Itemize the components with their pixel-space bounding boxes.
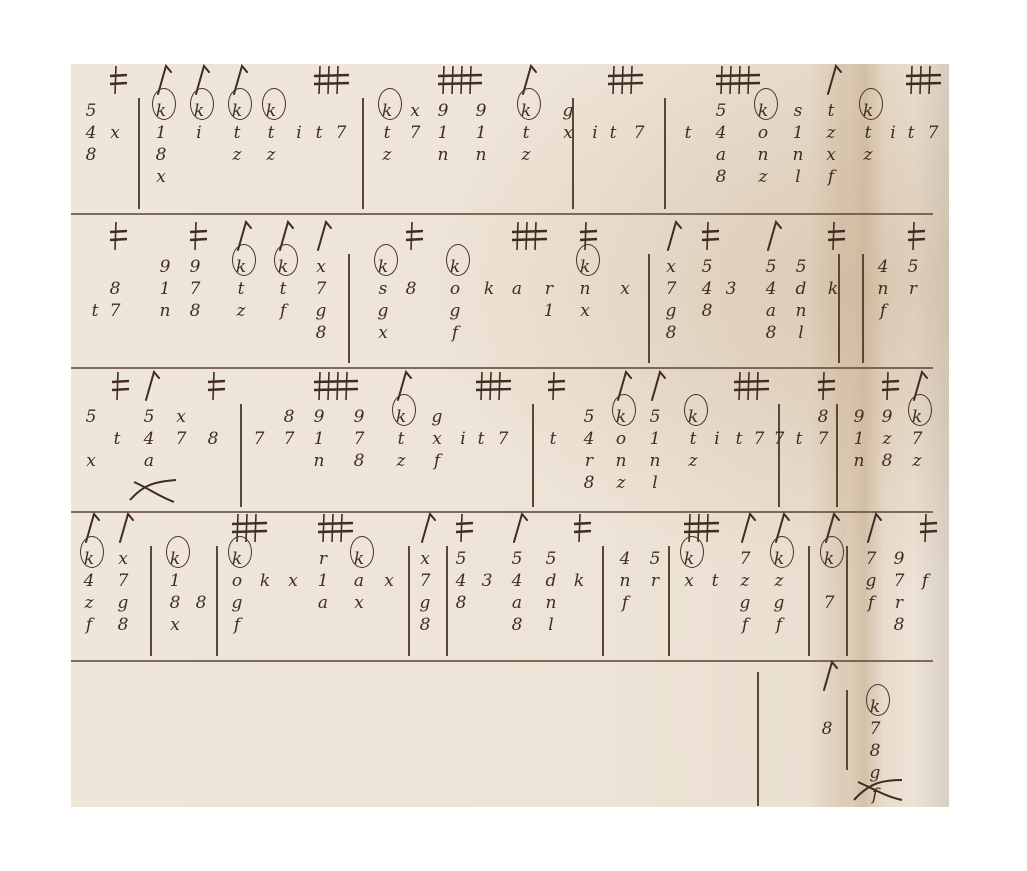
systems.3.columns-glyph: 9 [888, 550, 910, 569]
systems.0.columns-glyph: x [557, 124, 579, 143]
systems.3.columns-glyph: f [734, 616, 756, 635]
systems.3.columns-glyph: 8 [888, 616, 910, 635]
systems.0.columns-glyph: 9 [432, 102, 454, 121]
coda-bar-line [757, 672, 759, 806]
systems.2.columns-glyph: 5 [138, 408, 160, 427]
systems.1.columns-glyph: 8 [310, 324, 332, 343]
bar-line [836, 404, 838, 507]
systems.3.columns-glyph: 8 [450, 594, 472, 613]
systems.0.columns-glyph: t [226, 124, 248, 143]
systems.0.columns-glyph: 4 [80, 124, 102, 143]
rhythm-flag-icon [510, 510, 528, 544]
bar-line [216, 546, 218, 656]
systems.0.columns-glyph: 4 [710, 124, 732, 143]
systems.1.columns-glyph: g [310, 302, 332, 321]
coda.columns-glyph: 8 [864, 742, 886, 761]
systems.2.columns-glyph: n [308, 452, 330, 471]
ornament-circle-icon [274, 244, 298, 276]
rhythm-grid-icon [904, 62, 943, 96]
systems.1.columns-glyph: 4 [760, 280, 782, 299]
systems.2.columns-glyph: t [728, 430, 750, 449]
systems.3.columns-glyph: r [312, 550, 334, 569]
bar-line [348, 254, 350, 363]
rhythm-grid-icon [312, 368, 360, 402]
systems.0.columns-glyph: i [188, 124, 210, 143]
systems.3.columns-glyph: g [112, 594, 134, 613]
systems.1.columns-glyph: 8 [660, 324, 682, 343]
systems.3.columns-glyph: 8 [112, 616, 134, 635]
systems.1.columns-glyph: 8 [104, 280, 126, 299]
ornament-circle-icon [228, 536, 252, 568]
systems.1.columns-glyph: n [154, 302, 176, 321]
systems.1.columns-glyph: x [372, 324, 394, 343]
coda.columns-glyph: 8 [816, 720, 838, 739]
ornament-circle-icon [374, 244, 398, 276]
bar-line [532, 404, 534, 507]
systems.3.columns-glyph: 7 [818, 594, 840, 613]
systems.2.columns-glyph: 1 [848, 430, 870, 449]
systems.1.columns-glyph: 8 [696, 302, 718, 321]
systems.3.columns-glyph: g [768, 594, 790, 613]
systems.0.columns-glyph: n [787, 146, 809, 165]
systems.2.columns-glyph: 5 [644, 408, 666, 427]
rhythm-grid-icon [436, 62, 484, 96]
systems.3.columns-glyph: f [614, 594, 636, 613]
systems.2.columns-glyph: z [682, 452, 704, 471]
systems.3.columns-glyph: f [226, 616, 248, 635]
systems.2.columns-glyph: 8 [348, 452, 370, 471]
systems.2.columns-glyph: 7 [492, 430, 514, 449]
systems.2.columns-glyph: 9 [348, 408, 370, 427]
systems.3.columns-glyph: 3 [476, 572, 498, 591]
rhythm-flag-icon [738, 510, 756, 544]
systems.1.columns-glyph: 7 [310, 280, 332, 299]
systems.3.columns-glyph: d [540, 572, 562, 591]
systems.1.columns-glyph: n [790, 302, 812, 321]
systems.3.columns-glyph: x [378, 572, 400, 591]
systems.2.columns-glyph: f [426, 452, 448, 471]
systems.1.columns-glyph: k [478, 280, 500, 299]
systems.1.columns-glyph: 7 [104, 302, 126, 321]
systems.1.columns-glyph: 1 [154, 280, 176, 299]
systems.1.columns-glyph: 7 [184, 280, 206, 299]
ornament-circle-icon [378, 88, 402, 120]
systems.3.columns-glyph: 8 [414, 616, 436, 635]
systems.3.columns-glyph: g [226, 594, 248, 613]
systems.0.columns-glyph: 8 [80, 146, 102, 165]
systems.1.columns-glyph: f [272, 302, 294, 321]
systems.2.columns-glyph: 9 [308, 408, 330, 427]
ornament-circle-icon [866, 684, 890, 716]
systems.1.columns-glyph: 9 [154, 258, 176, 277]
systems.2.columns-glyph: r [578, 452, 600, 471]
ornament-circle-icon [684, 394, 708, 426]
systems.2.columns-glyph: x [170, 408, 192, 427]
systems.0.columns-glyph: z [376, 146, 398, 165]
systems.0.columns-glyph: o [752, 124, 774, 143]
rhythm-flag-icon [418, 510, 436, 544]
systems.3.columns-glyph: 7 [414, 572, 436, 591]
systems.0.columns-glyph: f [820, 168, 842, 187]
bar-line [668, 546, 670, 656]
systems.3.columns-glyph: 4 [78, 572, 100, 591]
systems.0.columns-glyph: z [752, 168, 774, 187]
coda.columns-glyph: 7 [864, 720, 886, 739]
systems.1.columns-glyph: z [230, 302, 252, 321]
ornament-circle-icon [350, 536, 374, 568]
rhythm-flag-icon [314, 218, 332, 252]
bar-line [240, 404, 242, 507]
ornament-circle-icon [166, 536, 190, 568]
systems.0.columns-glyph: 5 [80, 102, 102, 121]
systems.3.columns-glyph: o [226, 572, 248, 591]
systems.3.columns-glyph: 8 [164, 594, 186, 613]
systems.3.columns-glyph: 4 [614, 550, 636, 569]
systems.2.columns-glyph: x [80, 452, 102, 471]
systems.1.columns-glyph: f [444, 324, 466, 343]
systems.2.columns-glyph: z [876, 430, 898, 449]
systems.2.columns-glyph: 1 [308, 430, 330, 449]
systems.0.columns-glyph: g [557, 102, 579, 121]
systems.3.columns-glyph: t [704, 572, 726, 591]
rhythm-flag-icon [664, 218, 682, 252]
systems.2.columns-glyph: 7 [278, 430, 300, 449]
systems.0.columns-glyph: t [820, 102, 842, 121]
bar-line [846, 546, 848, 656]
systems.0.columns-glyph: 1 [150, 124, 172, 143]
systems.0.columns-glyph: 8 [710, 168, 732, 187]
systems.2.columns-glyph: n [644, 452, 666, 471]
systems.3.columns-glyph: 8 [190, 594, 212, 613]
ornament-circle-icon [820, 536, 844, 568]
rhythm-flag-icon [648, 368, 666, 402]
cross-ornament-icon [128, 478, 178, 504]
systems.1.columns-glyph: l [790, 324, 812, 343]
systems.1.columns-glyph: x [574, 302, 596, 321]
systems.3.columns-glyph: k [568, 572, 590, 591]
systems.3.columns-glyph: g [734, 594, 756, 613]
rhythm-grid-icon [108, 62, 129, 96]
systems.3.columns-glyph: x [678, 572, 700, 591]
bar-line [648, 254, 650, 363]
systems.0.columns-glyph: z [857, 146, 879, 165]
systems.1.columns-glyph: 5 [790, 258, 812, 277]
systems.3.columns-glyph: z [768, 572, 790, 591]
systems.2.columns-glyph: z [610, 474, 632, 493]
systems.1.columns-glyph: 7 [660, 280, 682, 299]
bar-line [446, 546, 448, 656]
ornament-circle-icon [228, 88, 252, 120]
systems.1.columns-glyph: r [538, 280, 560, 299]
systems.2.columns-glyph: t [390, 430, 412, 449]
rhythm-grid-icon [826, 218, 847, 252]
ornament-circle-icon [152, 88, 176, 120]
systems.1.columns-glyph: 4 [872, 258, 894, 277]
systems.2.columns-glyph: 7 [768, 430, 790, 449]
systems.2.columns-glyph: 5 [578, 408, 600, 427]
systems.3.columns-glyph: r [888, 594, 910, 613]
systems.3.columns-glyph: r [644, 572, 666, 591]
systems.2.columns-glyph: t [542, 430, 564, 449]
systems.3.columns-glyph: x [112, 550, 134, 569]
rhythm-grid-icon [880, 368, 901, 402]
systems.0.columns-glyph: 7 [404, 124, 426, 143]
rhythm-grid-icon [454, 510, 475, 544]
systems.0.columns-glyph: s [787, 102, 809, 121]
ornament-circle-icon [446, 244, 470, 276]
systems.2.columns-glyph: g [426, 408, 448, 427]
systems.0.columns-glyph: 5 [710, 102, 732, 121]
systems.1.columns-glyph: g [444, 302, 466, 321]
systems.3.columns-glyph: k [254, 572, 276, 591]
systems.2.columns-glyph: 4 [578, 430, 600, 449]
systems.0.columns-glyph: x [150, 168, 172, 187]
bar-line [838, 254, 840, 363]
coda-bar-line [846, 690, 848, 770]
bar-line [778, 404, 780, 507]
systems.0.columns-glyph: 1 [432, 124, 454, 143]
systems.2.columns-glyph: 8 [876, 452, 898, 471]
rhythm-grid-icon [732, 368, 771, 402]
rhythm-grid-icon [474, 368, 513, 402]
rhythm-grid-icon [108, 218, 129, 252]
systems.0.columns-glyph: z [515, 146, 537, 165]
rhythm-grid-icon [316, 510, 355, 544]
systems.2.columns-glyph: 9 [848, 408, 870, 427]
systems.3.columns-glyph: f [78, 616, 100, 635]
systems.0.columns-glyph: 9 [470, 102, 492, 121]
rhythm-grid-icon [700, 218, 721, 252]
systems.3.columns-glyph: a [506, 594, 528, 613]
systems.3.columns-glyph: 7 [112, 572, 134, 591]
systems.0.columns-glyph: 8 [150, 146, 172, 165]
systems.3.columns-glyph: 1 [312, 572, 334, 591]
systems.0.columns-glyph: i [288, 124, 310, 143]
system-rule [71, 511, 933, 513]
systems.3.columns-glyph: x [414, 550, 436, 569]
rhythm-flag-icon [764, 218, 782, 252]
systems.1.columns-glyph: a [506, 280, 528, 299]
rhythm-flag-icon [116, 510, 134, 544]
ornament-circle-icon [908, 394, 932, 426]
systems.0.columns-glyph: n [752, 146, 774, 165]
systems.3.columns-glyph: g [860, 572, 882, 591]
systems.1.columns-glyph: x [614, 280, 636, 299]
systems.3.columns-glyph: 7 [734, 550, 756, 569]
rhythm-grid-icon [404, 218, 425, 252]
systems.3.columns-glyph: a [348, 572, 370, 591]
systems.2.columns-glyph: n [848, 452, 870, 471]
systems.1.columns-glyph: s [372, 280, 394, 299]
systems.2.columns-glyph: t [788, 430, 810, 449]
systems.3.columns-glyph: f [768, 616, 790, 635]
systems.2.columns-glyph: 7 [248, 430, 270, 449]
rhythm-flag-icon [864, 510, 882, 544]
systems.1.columns-glyph: 5 [696, 258, 718, 277]
rhythm-grid-icon [714, 62, 762, 96]
systems.2.columns-glyph: 8 [202, 430, 224, 449]
systems.3.columns-glyph: f [860, 594, 882, 613]
systems.1.columns-glyph: g [372, 302, 394, 321]
systems.0.columns-glyph: 1 [787, 124, 809, 143]
cross-ornament-icon [852, 776, 904, 804]
ornament-circle-icon [770, 536, 794, 568]
systems.2.columns-glyph: t [106, 430, 128, 449]
systems.1.columns-glyph: n [872, 280, 894, 299]
systems.2.columns-glyph: 7 [348, 430, 370, 449]
systems.2.columns-glyph: z [390, 452, 412, 471]
systems.3.columns-glyph: f [914, 572, 936, 591]
systems.2.columns-glyph: 7 [812, 430, 834, 449]
systems.2.columns-glyph: t [682, 430, 704, 449]
systems.1.columns-glyph: 5 [902, 258, 924, 277]
systems.0.columns-glyph: 1 [470, 124, 492, 143]
systems.2.columns-glyph: 5 [80, 408, 102, 427]
systems.3.columns-glyph: 5 [540, 550, 562, 569]
rhythm-grid-icon [510, 218, 549, 252]
systems.0.columns-glyph: x [104, 124, 126, 143]
systems.2.columns-glyph: o [610, 430, 632, 449]
systems.1.columns-glyph: 8 [760, 324, 782, 343]
systems.1.columns-glyph: 3 [720, 280, 742, 299]
systems.3.columns-glyph: 7 [860, 550, 882, 569]
bar-line [808, 546, 810, 656]
systems.3.columns-glyph: x [282, 572, 304, 591]
bar-line [150, 546, 152, 656]
systems.0.columns-glyph: t [677, 124, 699, 143]
ornament-circle-icon [262, 88, 286, 120]
ornament-circle-icon [680, 536, 704, 568]
systems.3.columns-glyph: 4 [506, 572, 528, 591]
systems.1.columns-glyph: a [760, 302, 782, 321]
systems.2.columns-glyph: n [610, 452, 632, 471]
systems.1.columns-glyph: k [822, 280, 844, 299]
systems.3.columns-glyph: 8 [506, 616, 528, 635]
systems.1.columns-glyph: 4 [696, 280, 718, 299]
systems.2.columns-glyph: 7 [906, 430, 928, 449]
systems.3.columns-glyph: a [312, 594, 334, 613]
systems.0.columns-glyph: n [432, 146, 454, 165]
systems.0.columns-glyph: t [376, 124, 398, 143]
systems.0.columns-glyph: t [857, 124, 879, 143]
systems.0.columns-glyph: t [515, 124, 537, 143]
systems.1.columns-glyph: n [574, 280, 596, 299]
rhythm-grid-icon [816, 368, 837, 402]
systems.1.columns-glyph: o [444, 280, 466, 299]
systems.1.columns-glyph: t [84, 302, 106, 321]
ornament-circle-icon [392, 394, 416, 426]
systems.0.columns-glyph: a [710, 146, 732, 165]
ornament-circle-icon [517, 88, 541, 120]
systems.3.columns-glyph: 5 [506, 550, 528, 569]
systems.3.columns-glyph: z [734, 572, 756, 591]
systems.2.columns-glyph: x [426, 430, 448, 449]
systems.0.columns-glyph: x [820, 146, 842, 165]
ornament-circle-icon [80, 536, 104, 568]
systems.0.columns-glyph: l [787, 168, 809, 187]
rhythm-flag-icon [820, 658, 838, 692]
systems.0.columns-glyph: z [226, 146, 248, 165]
systems.3.columns-glyph: z [78, 594, 100, 613]
bar-line [362, 98, 364, 209]
systems.0.columns-glyph: 7 [922, 124, 944, 143]
systems.3.columns-glyph: x [348, 594, 370, 613]
ornament-circle-icon [576, 244, 600, 276]
bar-line [602, 546, 604, 656]
rhythm-grid-icon [546, 368, 567, 402]
systems.2.columns-glyph: 9 [876, 408, 898, 427]
ornament-circle-icon [190, 88, 214, 120]
systems.0.columns-glyph: 7 [628, 124, 650, 143]
systems.3.columns-glyph: n [614, 572, 636, 591]
systems.3.columns-glyph: l [540, 616, 562, 635]
systems.1.columns-glyph: 1 [538, 302, 560, 321]
systems.0.columns-glyph: 7 [330, 124, 352, 143]
systems.1.columns-glyph: d [790, 280, 812, 299]
systems.2.columns-glyph: l [644, 474, 666, 493]
systems.3.columns-glyph: x [164, 616, 186, 635]
systems.0.columns-glyph: t [260, 124, 282, 143]
ornament-circle-icon [859, 88, 883, 120]
systems.2.columns-glyph: 8 [812, 408, 834, 427]
rhythm-flag-icon [824, 62, 842, 96]
systems.0.columns-glyph: t [602, 124, 624, 143]
systems.0.columns-glyph: z [260, 146, 282, 165]
systems.1.columns-glyph: 8 [184, 302, 206, 321]
systems.0.columns-glyph: n [470, 146, 492, 165]
systems.1.columns-glyph: f [872, 302, 894, 321]
systems.2.columns-glyph: 4 [138, 430, 160, 449]
rhythm-grid-icon [206, 368, 227, 402]
systems.2.columns-glyph: 8 [578, 474, 600, 493]
systems.2.columns-glyph: 7 [170, 430, 192, 449]
systems.1.columns-glyph: g [660, 302, 682, 321]
systems.3.columns-glyph: 1 [164, 572, 186, 591]
rhythm-grid-icon [572, 510, 593, 544]
systems.2.columns-glyph: i [706, 430, 728, 449]
systems.1.columns-glyph: t [272, 280, 294, 299]
bar-line [862, 254, 864, 363]
systems.1.columns-glyph: x [660, 258, 682, 277]
ornament-circle-icon [754, 88, 778, 120]
rhythm-grid-icon [906, 218, 927, 252]
bar-line [408, 546, 410, 656]
systems.2.columns-glyph: 7 [748, 430, 770, 449]
system-rule [71, 213, 933, 215]
systems.2.columns-glyph: z [906, 452, 928, 471]
systems.0.columns-glyph: t [308, 124, 330, 143]
rhythm-grid-icon [606, 62, 645, 96]
systems.3.columns-glyph: 5 [644, 550, 666, 569]
systems.0.columns-glyph: z [820, 124, 842, 143]
systems.2.columns-glyph: 1 [644, 430, 666, 449]
systems.1.columns-glyph: x [310, 258, 332, 277]
rhythm-flag-icon [142, 368, 160, 402]
systems.1.columns-glyph: 8 [400, 280, 422, 299]
bar-line [138, 98, 140, 209]
systems.2.columns-glyph: t [470, 430, 492, 449]
rhythm-grid-icon [188, 218, 209, 252]
system-rule [71, 660, 933, 662]
systems.0.columns-glyph: t [900, 124, 922, 143]
systems.3.columns-glyph: 7 [888, 572, 910, 591]
rhythm-grid-icon [110, 368, 131, 402]
systems.1.columns-glyph: 5 [760, 258, 782, 277]
ornament-circle-icon [232, 244, 256, 276]
systems.3.columns-glyph: 5 [450, 550, 472, 569]
systems.3.columns-glyph: 4 [450, 572, 472, 591]
systems.1.columns-glyph: 9 [184, 258, 206, 277]
